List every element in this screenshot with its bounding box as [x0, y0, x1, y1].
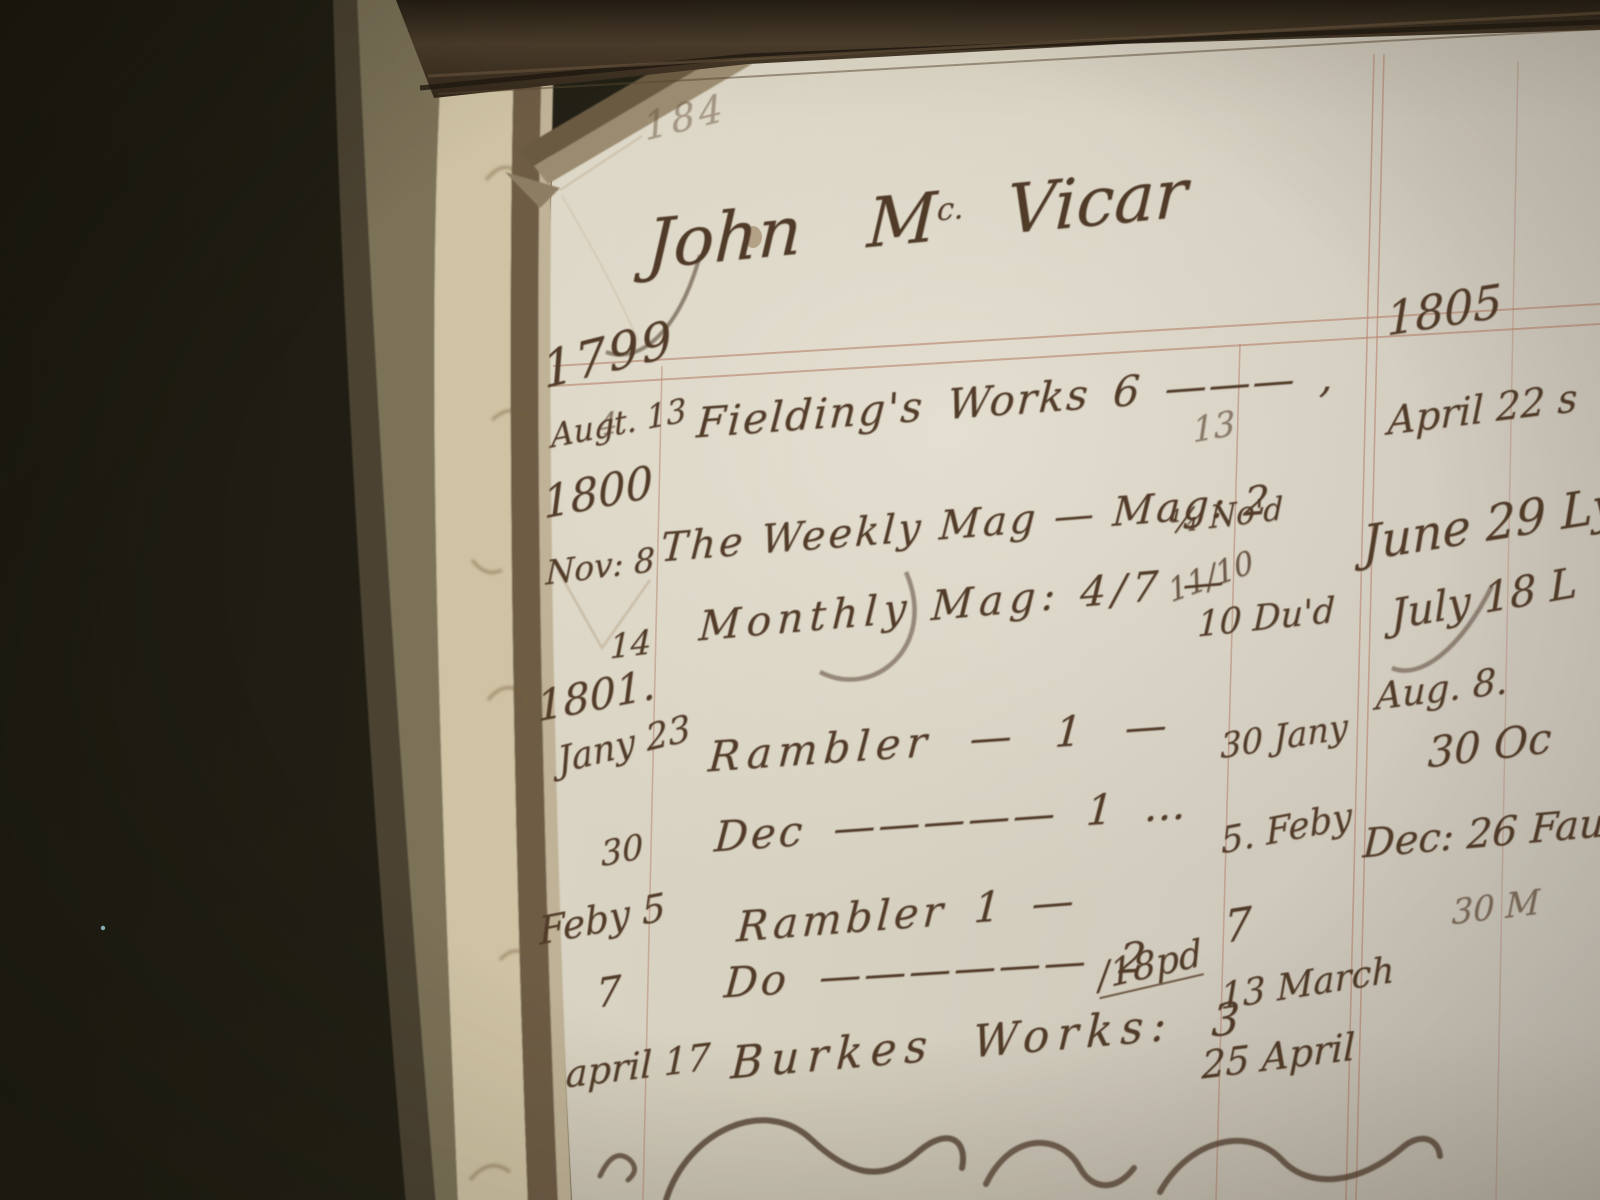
entry-date: 7 [596, 970, 622, 1014]
entry-date: 14 [609, 625, 651, 663]
entry-amount: 13 [1192, 406, 1236, 448]
entry-date: 30 [600, 830, 644, 873]
stacked-page-edges [333, 0, 572, 1200]
ledger-photo: 184 JohnMc.Vicar 1799 4 Augt. 13 Fieldin… [0, 0, 1600, 1200]
account-first-name: John [645, 191, 804, 286]
account-mc: M [866, 178, 939, 264]
entry-returned: 7 [1224, 902, 1252, 951]
dust-speck [101, 926, 105, 930]
account-mc-superscript: c. [936, 191, 964, 229]
right-entry: 30 M [1451, 885, 1540, 930]
